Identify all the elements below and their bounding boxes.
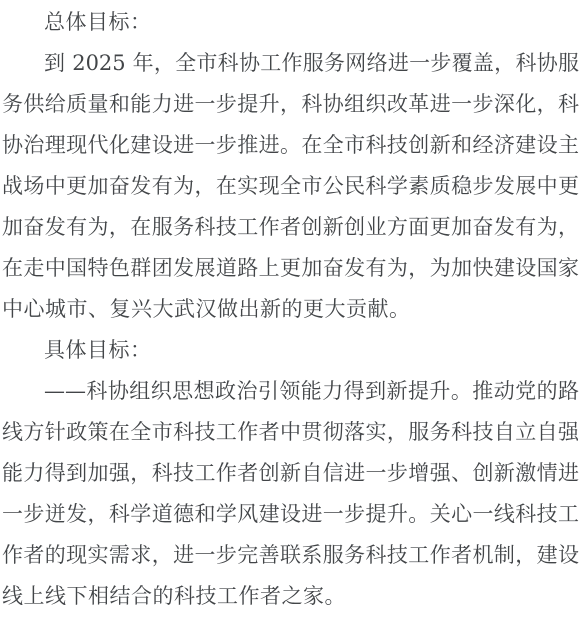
text-line: 一步迸发，科学道德和学风建设进一步提升。关心一线科技工	[2, 494, 579, 535]
text-line: 中心城市、复兴大武汉做出新的更大贡献。	[2, 289, 579, 330]
text-line: 作者的现实需求，进一步完善联系服务科技工作者机制，建设	[2, 535, 579, 576]
text-line: 能力得到加强，科技工作者创新自信进一步增强、创新激情进	[2, 453, 579, 494]
text-line: 协治理现代化建设进一步推进。在全市科技创新和经济建设主	[2, 125, 579, 166]
text-line: 线上线下相结合的科技工作者之家。	[2, 576, 579, 617]
text-line: 务供给质量和能力进一步提升，科协组织改革进一步深化，科	[2, 84, 579, 125]
document-page: 总体目标：到 2025 年，全市科协工作服务网络进一步覆盖，科协服务供给质量和能…	[0, 0, 581, 617]
text-line: 线方针政策在全市科技工作者中贯彻落实，服务科技自立自强	[2, 412, 579, 453]
text-line: 加奋发有为，在服务科技工作者创新创业方面更加奋发有为，	[2, 207, 579, 248]
text-line: ——科协组织思想政治引领能力得到新提升。推动党的路	[2, 371, 579, 412]
text-line: 总体目标：	[2, 2, 579, 43]
text-line: 战场中更加奋发有为，在实现全市公民科学素质稳步发展中更	[2, 166, 579, 207]
text-line: 具体目标：	[2, 330, 579, 371]
text-line: 到 2025 年，全市科协工作服务网络进一步覆盖，科协服	[2, 43, 579, 84]
text-line: 在走中国特色群团发展道路上更加奋发有为，为加快建设国家	[2, 248, 579, 289]
document-text-block: 总体目标：到 2025 年，全市科协工作服务网络进一步覆盖，科协服务供给质量和能…	[2, 2, 579, 617]
